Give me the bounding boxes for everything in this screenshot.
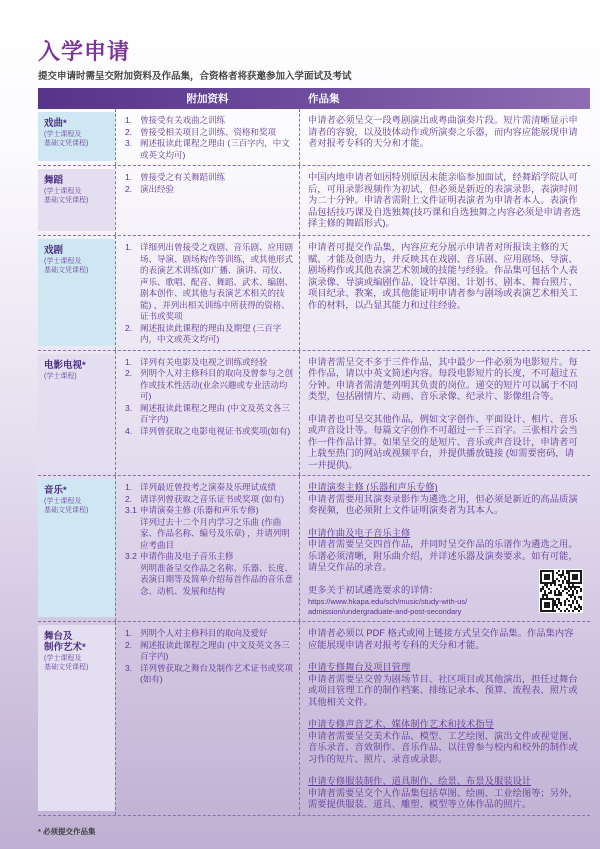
list-item: 1.曾接受之有关舞蹈训练: [125, 172, 294, 184]
list-number: 4.: [125, 426, 140, 438]
table-row-stage-production: 舞台及 制作艺术* (学士课程及 基础文凭课程) 1.列明个人对主修科目的取向及…: [38, 622, 590, 816]
list-text: 演出经验: [140, 184, 294, 196]
list-text: 详列曾获取之舞台及制作艺术证书或奖项 (如有): [140, 663, 294, 686]
list-item: 1.曾接受有关戏曲之训练: [125, 115, 294, 127]
program-name-box: 戏剧 (学士课程及 基础文凭课程): [38, 239, 115, 346]
list-number: 3.: [125, 403, 140, 426]
list-text: 曾接受有关戏曲之训练: [140, 115, 294, 127]
portfolio-cell: 申请者可提交作品集，内容应充分展示申请者对所报读主修的天赋、才能及创造力，并反映…: [300, 236, 590, 350]
list-number: 2.: [125, 368, 140, 403]
list-text: 详细列出曾接受之戏剧、音乐剧、应用剧场、导演、剧场构作等训练，或其他形式的表演艺…: [140, 242, 294, 323]
program-name: 戏曲*: [44, 118, 112, 129]
program-name: 舞蹈: [44, 175, 112, 186]
requirements-table: 附加资料 作品集 戏曲* (学士课程及 基础文凭课程) 1.曾接受有关戏曲之训练…: [38, 88, 590, 816]
page-subtitle: 提交申请时需呈交附加资料及作品集，合资格者将获邀参加入学面试及考试: [38, 68, 600, 82]
list-text: 曾接受之有关舞蹈训练: [140, 172, 294, 184]
list-text: 列明个人对主修科目的取向及爱好: [140, 628, 294, 640]
portfolio-heading: 申请专修服装制作、道具制作、绘景、布景及服装设计: [308, 776, 582, 788]
list-text: 阐述报读此课程的理由及期望 (三百字内，中文或英文均可): [140, 323, 294, 346]
program-name: 电影电视*: [44, 360, 112, 371]
portfolio-heading: 申请专修舞台及项目管理: [308, 662, 582, 674]
program-level: (学士课程及 基础文凭课程): [44, 258, 112, 275]
portfolio-block: 申请演奏主修 (乐器和声乐专修) 申请者需要用其演奏录影作为遴选之用，但必须是新…: [308, 482, 582, 517]
program-level: (学士课程及 基础文凭课程): [44, 131, 112, 148]
list-item: 2.列明个人对主修科目的取向及曾参与之创作或技术性活动(业余兴趣或专业活动均可): [125, 368, 294, 403]
list-text: 申请演奏主修 (乐器和声乐专修): [140, 505, 294, 517]
list-text: 阐述报读此课程之理由 (中文及英文各三百字内): [140, 640, 294, 663]
list-number: 3.: [125, 138, 140, 161]
materials-cell: 1.详细列出曾接受之戏剧、音乐剧、应用剧场、导演、剧场构作等训练，或其他形式的表…: [115, 236, 300, 350]
list-number: 2.: [125, 640, 140, 663]
program-name-cell: 戏曲* (学士课程及 基础文凭课程): [38, 109, 115, 165]
program-level: (学士课程及 基础文凭课程): [44, 188, 112, 205]
program-name-cell: 舞蹈 (学士课程及 基础文凭课程): [38, 166, 115, 235]
program-name-cell: 音乐* (学士课程及 基础文凭课程): [38, 476, 115, 621]
materials-cell: 1.列明个人对主修科目的取向及爱好 2.阐述报读此课程之理由 (中文及英文各三百…: [115, 622, 300, 815]
materials-cell: 1.详列有关电影及电视之训练或经验 2.列明个人对主修科目的取向及曾参与之创作或…: [115, 351, 300, 476]
list-text: 列明个人对主修科目的取向及曾参与之创作或技术性活动(业余兴趣或专业活动均可): [140, 368, 294, 403]
list-text: 阐述报读此课程之理由 (中文及英文各三百字内): [140, 403, 294, 426]
program-name: 音乐*: [44, 485, 112, 496]
list-text: 申请作曲及电子音乐主修: [140, 551, 294, 563]
qr-code-icon: [539, 569, 583, 613]
list-text: 详列有关电影及电视之训练或经验: [140, 357, 294, 369]
program-name-cell: 戏剧 (学士课程及 基础文凭课程): [38, 236, 115, 350]
portfolio-paragraph: 申请者也可呈交其他作品，例如文字创作、平面设计、相片、音乐或声音设计等。每篇文字…: [308, 414, 582, 472]
portfolio-block: 申请作曲及电子音乐主修 申请者需要呈交四首作品，并同时呈交作品的乐谱作为遴选之用…: [308, 528, 582, 574]
list-item: 2.曾接受相关项目之训练、资格和奖项: [125, 127, 294, 139]
list-item: 2.请详列曾获取之音乐证书或奖项 (如有): [125, 494, 294, 506]
materials-cell: 1.曾接受有关戏曲之训练 2.曾接受相关项目之训练、资格和奖项 3.阐述报读此课…: [115, 109, 300, 165]
table-row-drama: 戏剧 (学士课程及 基础文凭课程) 1.详细列出曾接受之戏剧、音乐剧、应用剧场、…: [38, 236, 590, 351]
list-number: 2.: [125, 494, 140, 506]
program-name-box: 舞蹈 (学士课程及 基础文凭课程): [38, 169, 115, 231]
list-item: 2.阐述报读此课程的理由及期望 (三百字内，中文或英文均可): [125, 323, 294, 346]
portfolio-paragraph: 申请者必须呈交一段粤剧演出或粤曲演奏片段。短片需清晰显示申请者的容貌，以及肢体动…: [308, 115, 582, 150]
list-item: 2.演出经验: [125, 184, 294, 196]
portfolio-paragraph: 申请者需要呈交美术作品、模型、工艺绘图、演出文件或视觉图、音乐录音、音效制作、音…: [308, 731, 582, 766]
table-row-music: 音乐* (学士课程及 基础文凭课程) 1.详列最近曾投考之演奏及乐理试成绩 2.…: [38, 476, 590, 622]
admission-application-page: 入学申请 提交申请时需呈交附加资料及作品集，合资格者将获邀参加入学面试及考试 附…: [0, 0, 600, 849]
list-item: 3.1申请演奏主修 (乐器和声乐专修): [125, 505, 294, 517]
portfolio-heading: 申请演奏主修 (乐器和声乐专修): [308, 482, 582, 494]
table-header-row: 附加资料 作品集: [38, 88, 590, 109]
portfolio-cell: 申请者必须以 PDF 格式或网上链接方式呈交作品集。作品集内容应能展现申请者对报…: [300, 622, 590, 815]
portfolio-cell: 申请者必须呈交一段粤剧演出或粤曲演奏片段。短片需清晰显示申请者的容貌，以及肢体动…: [300, 109, 590, 165]
list-item: 3.阐述报读此课程之理由 (三百字内，中文或英文均可): [125, 138, 294, 161]
list-number: 1.: [125, 115, 140, 127]
list-text: 阐述报读此课程之理由 (三百字内，中文或英文均可): [140, 138, 294, 161]
list-text: 详列曾获取之电影电视证书或奖项(如有): [140, 426, 294, 438]
list-item: 3.阐述报读此课程之理由 (中文及英文各三百字内): [125, 403, 294, 426]
list-text: 请详列曾获取之音乐证书或奖项 (如有): [140, 494, 294, 506]
list-number: 1.: [125, 482, 140, 494]
portfolio-paragraph: 申请者需呈交不多于三件作品，其中最少一件必须为电影短片。每件作品，请以中英文简述…: [308, 357, 582, 403]
portfolio-heading: 申请作曲及电子音乐主修: [308, 528, 582, 540]
list-number: 1.: [125, 172, 140, 184]
program-name-box: 舞台及 制作艺术* (学士课程及 基础文凭课程): [38, 625, 115, 811]
list-item-continuation: 列明准备呈交作品之名称、乐器、长度、表演日期等及简单介绍每首作品的音乐意念、动机…: [140, 563, 294, 598]
program-name-cell: 电影电视* (学士课程): [38, 351, 115, 476]
program-level: (学士课程及 基础文凭课程): [44, 498, 112, 515]
list-number: 3.1: [125, 505, 140, 517]
portfolio-cell: 申请者需呈交不多于三件作品，其中最少一件必须为电影短片。每件作品，请以中英文简述…: [300, 351, 590, 476]
list-item: 1.详列有关电影及电视之训练或经验: [125, 357, 294, 369]
table-row-dance: 舞蹈 (学士课程及 基础文凭课程) 1.曾接受之有关舞蹈训练 2.演出经验 中国…: [38, 166, 590, 236]
program-name-box: 电影电视* (学士课程): [38, 354, 115, 472]
materials-cell: 1.曾接受之有关舞蹈训练 2.演出经验: [115, 166, 300, 235]
table-row-xiqu: 戏曲* (学士课程及 基础文凭课程) 1.曾接受有关戏曲之训练 2.曾接受相关项…: [38, 109, 590, 166]
list-number: 2.: [125, 127, 140, 139]
list-text: 详列最近曾投考之演奏及乐理试成绩: [140, 482, 294, 494]
list-text: 曾接受相关项目之训练、资格和奖项: [140, 127, 294, 139]
list-item-continuation: 详列过去十二个月内学习之乐曲 (作曲家、作品名称、编号及乐章) ，并请列明应考曲…: [140, 517, 294, 552]
table-row-film-tv: 电影电视* (学士课程) 1.详列有关电影及电视之训练或经验 2.列明个人对主修…: [38, 351, 590, 477]
mandatory-portfolio-footnote: * 必须提交作品集: [38, 826, 600, 837]
portfolio-cell: 申请演奏主修 (乐器和声乐专修) 申请者需要用其演奏录影作为遴选之用，但必须是新…: [300, 476, 590, 621]
program-level: (学士课程及 基础文凭课程): [44, 655, 112, 672]
list-item: 1.列明个人对主修科目的取向及爱好: [125, 628, 294, 640]
list-number: 2.: [125, 323, 140, 346]
list-item: 2.阐述报读此课程之理由 (中文及英文各三百字内): [125, 640, 294, 663]
portfolio-cell: 中国内地申请者如因特别原因未能亲临参加面试，经舞蹈学院认可后，可用录影视频作为初…: [300, 166, 590, 235]
list-number: 2.: [125, 184, 140, 196]
header-portfolio: 作品集: [300, 91, 590, 106]
portfolio-paragraph: 申请者需要用其演奏录影作为遴选之用，但必须是新近的高品质演奏视频，也必须附上文件…: [308, 494, 582, 517]
header-materials: 附加资料: [115, 91, 300, 106]
portfolio-block: 申请专修服装制作、道具制作、绘景、布景及服装设计 申请者需要呈交个人作品集包括草…: [308, 776, 582, 811]
list-number: 1.: [125, 242, 140, 323]
program-name-cell: 舞台及 制作艺术* (学士课程及 基础文凭课程): [38, 622, 115, 815]
program-name: 舞台及 制作艺术*: [44, 631, 112, 653]
list-item: 1.详细列出曾接受之戏剧、音乐剧、应用剧场、导演、剧场构作等训练，或其他形式的表…: [125, 242, 294, 323]
list-item: 4.详列曾获取之电影电视证书或奖项(如有): [125, 426, 294, 438]
portfolio-paragraph: 申请者需要呈交个人作品集包括草图、绘画、工业绘图等；另外，需要提供服装、道具、雕…: [308, 788, 582, 811]
list-item: 3.2申请作曲及电子音乐主修: [125, 551, 294, 563]
list-number: 1.: [125, 628, 140, 640]
portfolio-paragraph: 申请者必须以 PDF 格式或网上链接方式呈交作品集。作品集内容应能展现申请者对报…: [308, 628, 582, 651]
list-number: 3.: [125, 663, 140, 686]
list-number: 3.2: [125, 551, 140, 563]
materials-cell: 1.详列最近曾投考之演奏及乐理试成绩 2.请详列曾获取之音乐证书或奖项 (如有)…: [115, 476, 300, 621]
list-item: 1.详列最近曾投考之演奏及乐理试成绩: [125, 482, 294, 494]
program-name-box: 音乐* (学士课程及 基础文凭课程): [38, 479, 115, 617]
portfolio-block: 申请专修声音艺术、媒体制作艺术和技术指导 申请者需要呈交美术作品、模型、工艺绘图…: [308, 719, 582, 765]
page-title: 入学申请: [38, 40, 600, 64]
portfolio-paragraph: 申请者需要呈交曾为剧场节目、社区项目或其他演出，担任过舞台或项目管理工作的制作档…: [308, 674, 582, 709]
list-number: 1.: [125, 357, 140, 369]
program-level: (学士课程): [44, 373, 112, 382]
program-name: 戏剧: [44, 245, 112, 256]
portfolio-paragraph: 中国内地申请者如因特别原因未能亲临参加面试，经舞蹈学院认可后，可用录影视频作为初…: [308, 172, 582, 230]
portfolio-paragraph: 申请者可提交作品集，内容应充分展示申请者对所报读主修的天赋、才能及创造力，并反映…: [308, 242, 582, 311]
list-item: 3.详列曾获取之舞台及制作艺术证书或奖项 (如有): [125, 663, 294, 686]
portfolio-heading: 申请专修声音艺术、媒体制作艺术和技术指导: [308, 719, 582, 731]
portfolio-block: 申请专修舞台及项目管理 申请者需要呈交曾为剧场节目、社区项目或其他演出，担任过舞…: [308, 662, 582, 708]
program-name-box: 戏曲* (学士课程及 基础文凭课程): [38, 112, 115, 161]
